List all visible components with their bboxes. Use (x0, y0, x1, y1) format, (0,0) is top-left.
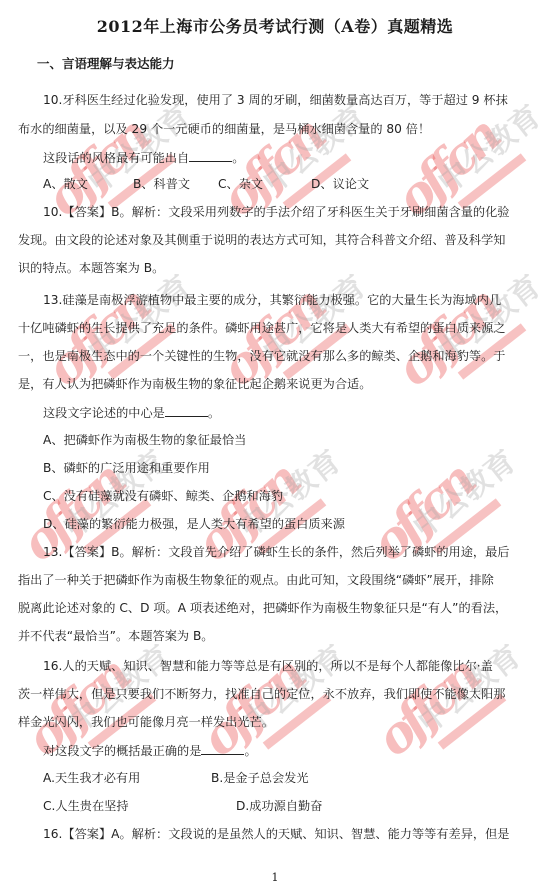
question-13-prompt: 这段文字论述的中心是。 (43, 404, 550, 421)
question-13-answer-line: 并不代表“最恰当”。本题答案为 B。 (18, 628, 533, 644)
option-c: C、没有硅藻就没有磷虾、鲸类、企鹅和海豹 (43, 488, 550, 504)
question-13-answer-line: 指出了一种关于把磷虾作为南极生物象征的观点。由此可知，文段围绕“磷虾”展开，排除 (18, 572, 533, 588)
option-a: A、把磷虾作为南极生物的象征最恰当 (43, 432, 550, 448)
document-title: 2012年上海市公务员考试行测（A卷）真题精选 (0, 14, 550, 37)
question-16-answer-line: 16.【答案】A。解析：文段说的是虽然人的天赋、知识、智慧、能力等等有差异，但是 (43, 826, 550, 842)
option-a: A、散文 (43, 176, 133, 192)
option-b: B、磷虾的广泛用途和重要作用 (43, 460, 550, 476)
document-page: offcn 中公教育 offcn 中公教育 offcn 中公教育 offcn 中… (0, 0, 550, 895)
option-d: D、议论文 (311, 176, 369, 192)
question-13-stem-line: 十亿吨磷虾的生长提供了充足的条件。磷虾用途甚广，它将是人类大有希望的蛋白质来源之 (18, 320, 533, 336)
answer-blank (201, 742, 244, 755)
question-16-prompt: 对这段文字的概括最正确的是。 (43, 742, 550, 759)
question-10-answer-line: 10.【答案】B。解析：文段采用列数字的手法介绍了牙科医生关于牙刷细菌含量的化验 (43, 204, 550, 220)
question-10-answer-line: 发现。由文段的论述对象及其侧重于说明的表达方式可知，其符合科普文介绍、普及科学知 (18, 232, 533, 248)
option-b: B、科普文 (133, 176, 218, 192)
question-16-stem-line: 16.人的天赋、知识、智慧和能力等等总是有区别的，所以不是每个人都能像比尔·盖 (43, 658, 550, 674)
question-10-answer-line: 识的特点。本题答案为 B。 (18, 260, 533, 276)
question-16-options-row-2: C.人生贵在坚持D.成功源自勤奋 (43, 798, 550, 814)
page-number: 1 (0, 871, 550, 884)
option-d: D、硅藻的繁衍能力极强，是人类大有希望的蛋白质来源 (43, 516, 550, 532)
question-13-stem-line: 13.硅藻是南极浮游植物中最主要的成分，其繁衍能力极强。它的大量生长为海域内几 (43, 292, 550, 308)
question-10-stem-line: 10.牙科医生经过化验发现，使用了 3 周的牙刷，细菌数量高达百万，等于超过 9… (43, 92, 550, 108)
option-c: C、杂文 (218, 176, 311, 192)
option-d: D.成功源自勤奋 (236, 798, 322, 814)
question-10-options: A、散文B、科普文C、杂文D、议论文 (43, 176, 550, 192)
question-16-stem-line: 样金光闪闪，我们也可能像月亮一样发出光芒。 (18, 714, 533, 730)
question-10-stem-line: 布水的细菌量，以及 29 个一元硬币的细菌量，是马桶水细菌含量的 80 倍！ (18, 121, 533, 137)
question-16-options-row-1: A.天生我才必有用B.是金子总会发光 (43, 770, 550, 786)
question-16-stem-line: 茨一样伟大，但是只要我们不断努力，找准自己的定位，永不放弃，我们即使不能像太阳那 (18, 686, 533, 702)
question-10-prompt: 这段话的风格最有可能出自。 (43, 149, 550, 166)
question-13-answer-line: 13.【答案】B。解析：文段首先介绍了磷虾生长的条件，然后列举了磷虾的用途，最后 (43, 544, 550, 560)
option-a: A.天生我才必有用 (43, 770, 211, 786)
question-13-stem-line: 是，有人认为把磷虾作为南极生物的象征比起企鹅来说更为合适。 (18, 376, 533, 392)
question-13-answer-line: 脱离此论述对象的 C、D 项。A 项表述绝对，把磷虾作为南极生物象征只是“有人”… (18, 600, 533, 616)
section-heading: 一、言语理解与表达能力 (37, 54, 175, 72)
answer-blank (165, 404, 208, 417)
option-b: B.是金子总会发光 (211, 770, 309, 786)
question-13-stem-line: 一，也是南极生态中的一个关键性的生物，没有它就没有那么多的鲸类、企鹅和海豹等。于 (18, 348, 533, 364)
answer-blank (189, 149, 232, 162)
option-c: C.人生贵在坚持 (43, 798, 236, 814)
